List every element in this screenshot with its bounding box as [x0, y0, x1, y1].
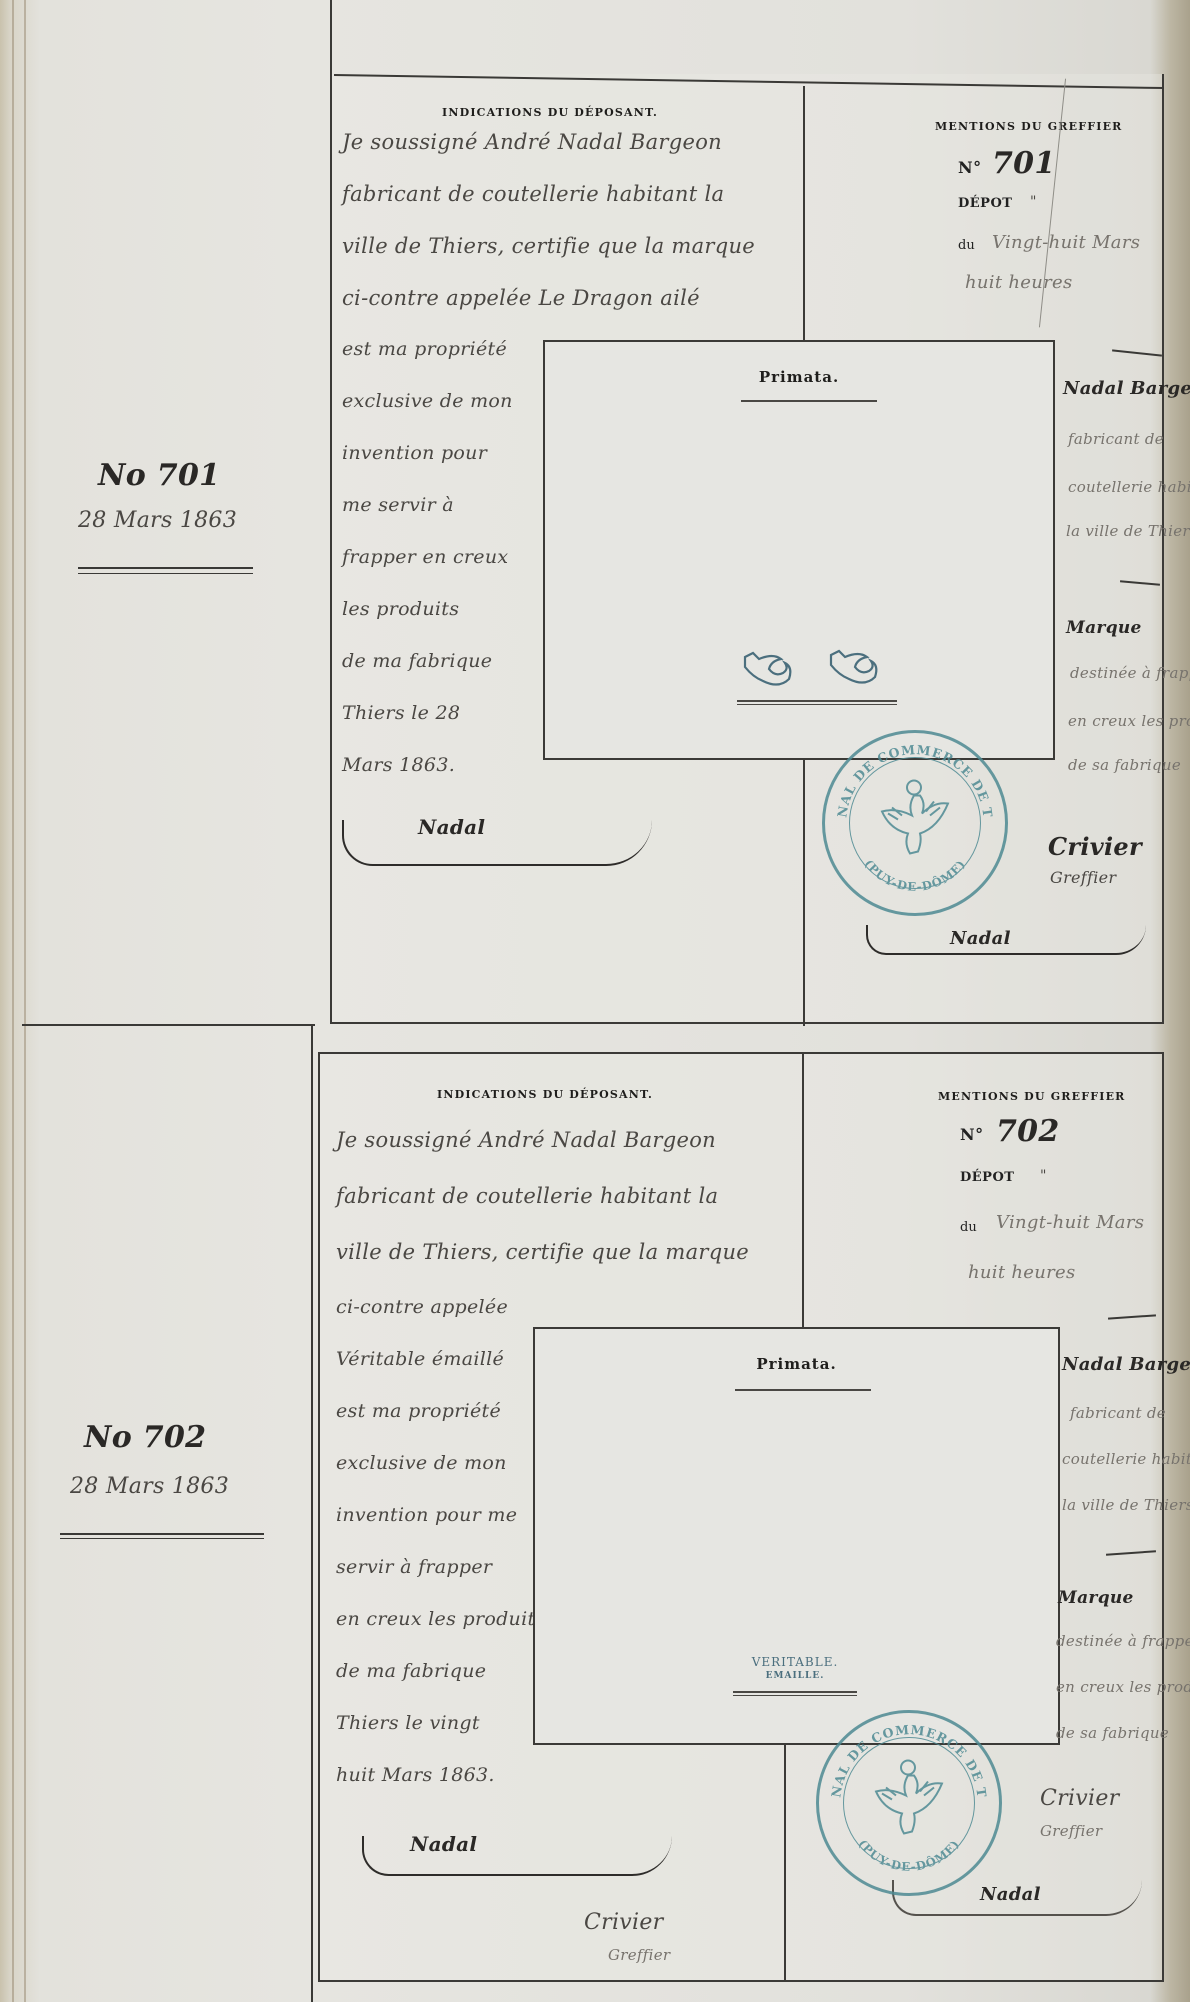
bottom-greffier-paraphe: Greffier — [608, 1946, 670, 1964]
tribunal-stamp: TRIBUNAL DE COMMERCE DE THIERS (PUY-DE-D… — [822, 730, 1008, 916]
greffier-no-value: 702 — [996, 1114, 1060, 1149]
greffier-no-value: 701 — [992, 146, 1056, 181]
deposant-line: est ma propriété — [342, 338, 507, 360]
margin-entry-number: No 701 — [98, 458, 220, 493]
greffier-no-label: N° — [960, 1125, 984, 1144]
margin-entry-date: 28 Mars 1863 — [70, 1474, 229, 1499]
deposant-line: fabricant de coutellerie habitant la — [342, 182, 724, 206]
depot-mark: " — [1040, 1168, 1047, 1184]
right-margin-name: Nadal Bargeon — [1063, 378, 1190, 399]
greffier-paraphe: Greffier — [1050, 868, 1116, 887]
du-label: du — [960, 1220, 977, 1235]
right-margin-line: de sa fabrique — [1068, 756, 1181, 774]
margin-underline — [60, 1538, 264, 1539]
deposant-line: huit Mars 1863. — [336, 1764, 495, 1786]
deposant-line: est ma propriété — [336, 1400, 501, 1422]
margin-underline — [78, 567, 253, 569]
tribunal-stamp: TRIBUNAL DE COMMERCE DE THIERS (PUY-DE-D… — [816, 1710, 1002, 1896]
right-margin-line: de sa fabrique — [1056, 1724, 1169, 1742]
trademark-box: Primata. VERITABLE. EMAILLE. — [533, 1327, 1060, 1745]
veritable-mark-line1: VERITABLE. — [725, 1655, 865, 1669]
deposant-line: les produits — [342, 598, 459, 620]
du-value: Vingt-huit Mars — [992, 232, 1140, 253]
right-margin-line: fabricant de — [1070, 1404, 1166, 1422]
deposant-line: ci-contre appelée — [336, 1296, 508, 1318]
imperial-eagle-icon — [876, 776, 954, 871]
deposant-line: Je soussigné André Nadal Bargeon — [342, 130, 722, 154]
margin-underline — [60, 1533, 264, 1535]
register-page: No 701 28 Mars 1863 INDICATIONS DU DÉPOS… — [0, 0, 1190, 2002]
greffier-heading: MENTIONS DU GREFFIER — [935, 120, 1123, 133]
right-margin-line: coutellerie habitant — [1062, 1450, 1190, 1468]
right-margin-line: destinée à frapper — [1056, 1632, 1190, 1650]
deposant-line: Véritable émaillé — [336, 1348, 504, 1370]
column-divider — [784, 1740, 786, 1980]
trademark-box: Primata. — [543, 340, 1055, 760]
right-margin-line: fabricant de — [1068, 430, 1164, 448]
deposant-line: Thiers le vingt — [336, 1712, 480, 1734]
deposant-line: invention pour me — [336, 1504, 517, 1526]
right-margin-name: Nadal Bargeon — [1062, 1354, 1190, 1375]
right-margin-line: destinée à frapper — [1070, 664, 1190, 682]
du-label: du — [958, 238, 975, 253]
greffier-no-label: N° — [958, 158, 982, 177]
trademark-box-title: Primata. — [535, 1355, 1058, 1373]
signature-flourish — [342, 820, 652, 866]
du-value-time: huit heures — [965, 272, 1073, 293]
deposant-line: de ma fabrique — [336, 1660, 486, 1682]
right-margin-line: la ville de Thiers — [1066, 522, 1190, 540]
depot-mark: " — [1030, 194, 1037, 210]
deposant-line: me servir à — [342, 494, 454, 516]
deposant-line: fabricant de coutellerie habitant la — [336, 1184, 718, 1208]
right-margin-line: en creux les produits — [1056, 1678, 1190, 1696]
depot-label: DÉPOT — [960, 1170, 1014, 1185]
du-value-time: huit heures — [968, 1262, 1076, 1283]
right-margin-line: la ville de Thiers — [1062, 1496, 1190, 1514]
signature-flourish — [362, 1836, 672, 1876]
deposant-line: frapper en creux — [342, 546, 508, 568]
right-margin-marque: Marque — [1066, 618, 1142, 638]
right-margin-line: coutellerie habitant — [1068, 478, 1190, 496]
margin-underline — [78, 573, 253, 574]
signature-flourish — [866, 925, 1146, 955]
title-rule — [735, 1389, 871, 1391]
mark-rule — [737, 700, 897, 705]
margin-divider-bottom — [311, 1024, 313, 2002]
greffier-signature: Crivier — [1048, 832, 1142, 861]
deposant-heading: INDICATIONS DU DÉPOSANT. — [437, 1088, 653, 1101]
du-value: Vingt-huit Mars — [996, 1212, 1144, 1233]
entry-separator — [22, 1024, 315, 1026]
bottom-greffier-signature: Crivier — [584, 1910, 664, 1935]
title-rule — [741, 400, 877, 402]
dragon-mark-icon — [735, 647, 895, 700]
imperial-eagle-icon — [870, 1756, 948, 1851]
depot-label: DÉPOT — [958, 196, 1012, 211]
binding-edge — [24, 0, 26, 2002]
column-divider — [802, 1052, 804, 1337]
deposant-line: Mars 1863. — [342, 754, 455, 776]
deposant-line: servir à frapper — [336, 1556, 492, 1578]
deposant-line: ville de Thiers, certifie que la marque — [336, 1240, 749, 1264]
greffier-signature: Crivier — [1040, 1786, 1120, 1811]
deposant-line: de ma fabrique — [342, 650, 492, 672]
right-margin-line: en creux les produits — [1068, 712, 1190, 730]
trademark-box-title: Primata. — [545, 368, 1053, 386]
margin-entry-number: No 702 — [84, 1420, 206, 1455]
deposant-heading: INDICATIONS DU DÉPOSANT. — [442, 106, 658, 119]
margin-entry-date: 28 Mars 1863 — [78, 508, 237, 533]
binding-edge — [12, 0, 14, 2002]
greffier-paraphe: Greffier — [1040, 1822, 1102, 1840]
mark-rule — [733, 1691, 857, 1696]
deposant-line: exclusive de mon — [342, 390, 513, 412]
deposant-line: en creux les produits — [336, 1608, 545, 1630]
deposant-line: Je soussigné André Nadal Bargeon — [336, 1128, 716, 1152]
deposant-line: invention pour — [342, 442, 487, 464]
deposant-line: ci-contre appelée Le Dragon ailé — [342, 286, 700, 310]
right-margin-marque: Marque — [1058, 1588, 1134, 1608]
veritable-mark-line2: EMAILLE. — [725, 1671, 865, 1681]
deposant-line: ville de Thiers, certifie que la marque — [342, 234, 755, 258]
greffier-heading: MENTIONS DU GREFFIER — [938, 1090, 1126, 1103]
deposant-line: Thiers le 28 — [342, 702, 460, 724]
deposant-line: exclusive de mon — [336, 1452, 507, 1474]
